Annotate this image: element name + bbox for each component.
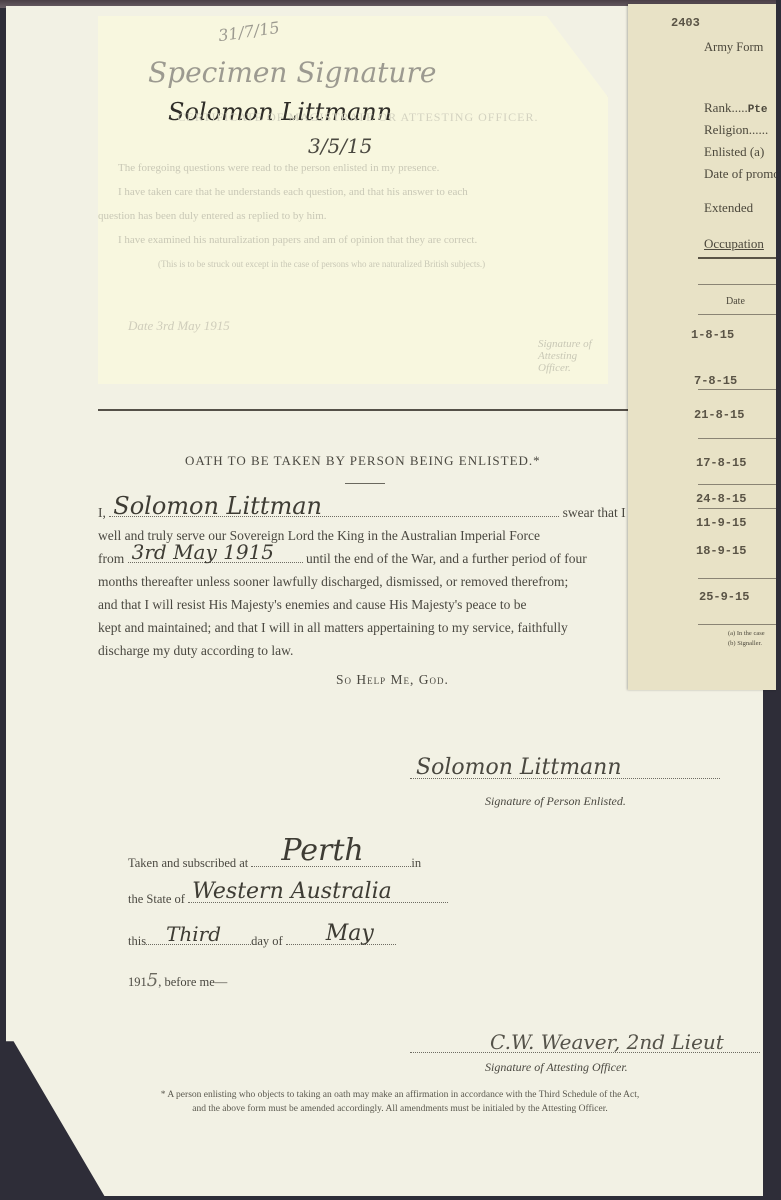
officer-signature-line: C.W. Weaver, 2nd Lieut xyxy=(410,1052,760,1053)
note-reference: 31/7/15 xyxy=(217,18,281,45)
enlistee-name: Solomon Littman xyxy=(113,495,322,518)
cert-line-3: question has been duly entered as replie… xyxy=(98,204,608,228)
note-date: 3/5/15 xyxy=(308,134,372,158)
date-entry: 17-8-15 xyxy=(696,456,746,470)
place-value: Perth xyxy=(281,833,363,868)
day-row: this Third day of May xyxy=(128,930,396,949)
note-title: Specimen Signature xyxy=(148,56,436,89)
cert-line-5: (This is to be struck out except in the … xyxy=(98,252,608,276)
date-entry: 11-9-15 xyxy=(696,516,746,530)
date-entry: 21-8-15 xyxy=(694,408,744,422)
cert-line-4: I have examined his naturalization paper… xyxy=(98,228,608,252)
cert-line-1: The foregoing questions were read to the… xyxy=(98,156,608,180)
officer-signature: C.W. Weaver, 2nd Lieut xyxy=(490,1030,724,1054)
footnote: * A person enlisting who objects to taki… xyxy=(100,1088,700,1116)
date-entry: 18-9-15 xyxy=(696,544,746,558)
field-rank: Rank.....Pte xyxy=(704,100,768,116)
day-value: Third xyxy=(166,922,221,946)
certificate-underlay: The foregoing questions were read to the… xyxy=(98,156,608,276)
field-date-of-promotion: Date of promotion xyxy=(704,166,778,182)
state-row: the State of Western Australia xyxy=(128,888,448,907)
cert-heading: CERTIFICATE OF MAGISTRATE OR ATTESTING O… xyxy=(118,110,598,125)
date-entry: 7-8-15 xyxy=(694,374,737,388)
specimen-signature-note: 31/7/15 Specimen Signature Solomon Littm… xyxy=(98,16,608,384)
person-signature-line: Solomon Littmann xyxy=(410,778,720,779)
date-entry: 1-8-15 xyxy=(691,328,734,342)
officer-signature-caption: Signature of Attesting Officer. xyxy=(485,1060,628,1075)
strip-footnote: (a) In the case xyxy=(728,630,765,637)
enlistee-name-field: Solomon Littman xyxy=(109,516,559,517)
field-religion: Religion...... xyxy=(704,122,768,138)
date-entry: 24-8-15 xyxy=(696,492,746,506)
cert-line-2: I have taken care that he understands ea… xyxy=(98,180,608,204)
year-digit: 5 xyxy=(147,970,158,991)
taken-subscribed-row: Taken and subscribed at Perth in xyxy=(128,852,421,871)
regimental-number: 2403 xyxy=(671,16,700,30)
person-signature: Solomon Littmann xyxy=(416,755,622,780)
cert-date: Date 3rd May 1915 xyxy=(128,318,230,334)
date-entry: 25-9-15 xyxy=(699,590,749,604)
field-extended: Extended xyxy=(704,200,753,216)
strip-footnote: (b) Signaller. xyxy=(728,640,762,647)
month-value: May xyxy=(326,921,374,946)
scan-right-edge xyxy=(776,0,781,1200)
title-underline xyxy=(345,483,385,484)
from-date: 3rd May 1915 xyxy=(132,541,274,564)
oath-body: I, Solomon Littman swear that I will wel… xyxy=(98,495,638,691)
oath-title: OATH TO BE TAKEN BY PERSON BEING ENLISTE… xyxy=(185,453,541,469)
army-form-strip: 2403 Army Form Rank.....Pte Religion....… xyxy=(628,4,778,690)
field-enlisted: Enlisted (a) xyxy=(704,144,764,160)
field-occupation: Occupation xyxy=(704,236,764,252)
from-date-field: 3rd May 1915 xyxy=(128,562,303,563)
state-value: Western Australia xyxy=(192,879,392,904)
section-divider xyxy=(98,409,628,411)
person-signature-caption: Signature of Person Enlisted. xyxy=(485,794,626,809)
army-form-title: Army Form xyxy=(704,40,763,55)
oath-closing: So Help Me, God. xyxy=(98,668,638,691)
date-column-header: Date xyxy=(726,296,745,307)
year-row: 1915, before me— xyxy=(128,970,227,991)
cert-signature-caption: Signature of Attesting Officer. xyxy=(538,338,608,374)
